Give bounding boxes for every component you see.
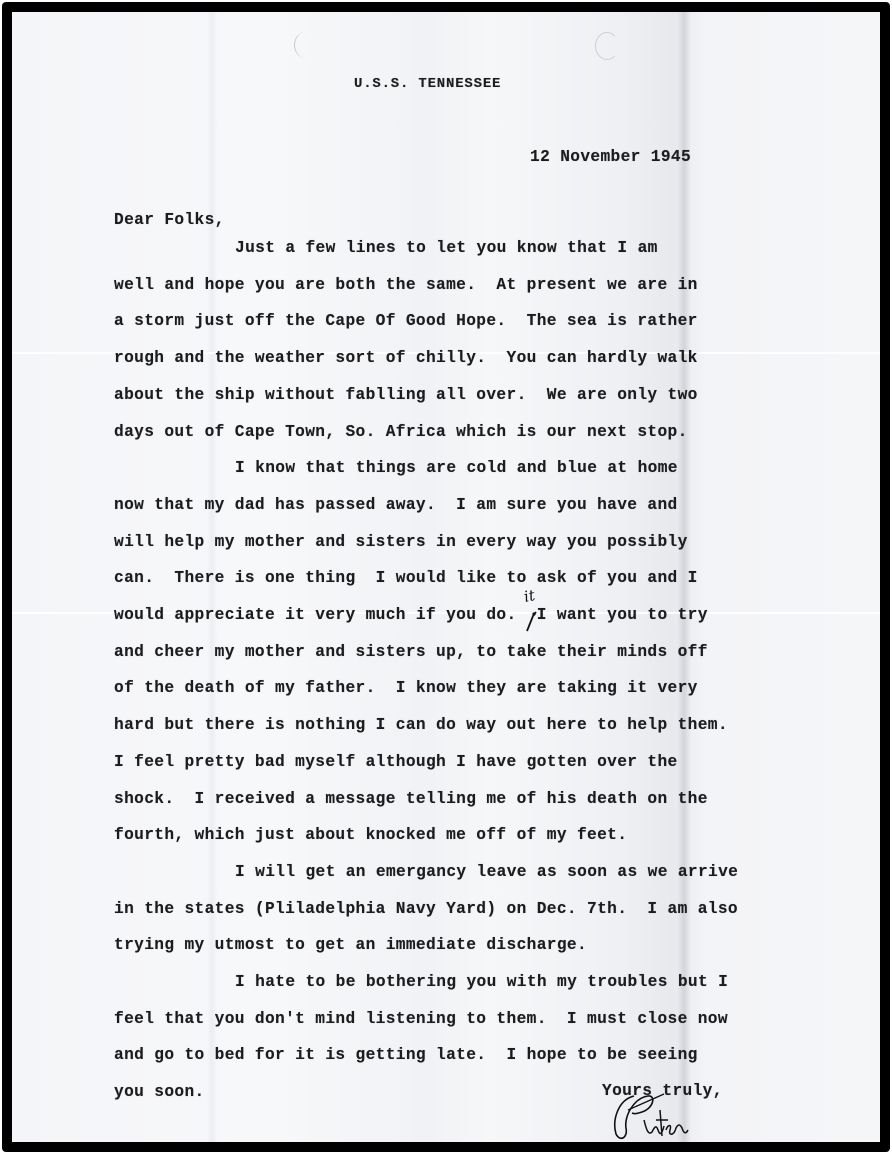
letter-line: about the ship without fablling all over…: [114, 386, 698, 404]
letter-line: shock. I received a message telling me o…: [114, 790, 708, 808]
letter-line: fourth, which just about knocked me off …: [114, 826, 627, 844]
signature-icon: [604, 1090, 694, 1142]
letter-line: Just a few lines to let you know that I …: [235, 239, 658, 257]
letter-line: and cheer my mother and sisters up, to t…: [114, 643, 708, 661]
salutation: Dear Folks,: [114, 211, 225, 229]
letter-line: hard but there is nothing I can do way o…: [114, 716, 728, 734]
letter-line: feel that you don't mind listening to th…: [114, 1010, 728, 1028]
insertion-caret-icon: [525, 610, 539, 632]
letter-date: 12 November 1945: [530, 148, 691, 166]
punch-hole-icon: [294, 32, 317, 58]
handwritten-insertion: it: [522, 586, 536, 606]
letter-line: days out of Cape Town, So. Africa which …: [114, 423, 688, 441]
letter-line: will help my mother and sisters in every…: [114, 533, 688, 551]
letter-page: U.S.S. TENNESSEE 12 November 1945 Dear F…: [12, 12, 880, 1142]
letter-line: would appreciate it very much if you do.…: [114, 606, 708, 624]
letterhead: U.S.S. TENNESSEE: [354, 76, 501, 92]
letter-line: I will get an emergancy leave as soon as…: [235, 863, 738, 881]
punch-hole-icon: [595, 32, 619, 60]
letter-line: of the death of my father. I know they a…: [114, 679, 698, 697]
letter-line: I hate to be bothering you with my troub…: [235, 973, 728, 991]
document-frame: U.S.S. TENNESSEE 12 November 1945 Dear F…: [2, 2, 890, 1152]
letter-line: I feel pretty bad myself although I have…: [114, 753, 678, 771]
letter-line: a storm just off the Cape Of Good Hope. …: [114, 312, 698, 330]
letter-line: rough and the weather sort of chilly. Yo…: [114, 349, 698, 367]
letter-line: well and hope you are both the same. At …: [114, 276, 698, 294]
letter-line: can. There is one thing I would like to …: [114, 569, 698, 587]
letter-line: you soon.: [114, 1083, 205, 1101]
letter-line: and go to bed for it is getting late. I …: [114, 1046, 698, 1064]
letter-line: trying my utmost to get an immediate dis…: [114, 936, 587, 954]
letter-line: in the states (Pliladelphia Navy Yard) o…: [114, 900, 738, 918]
letter-line: now that my dad has passed away. I am su…: [114, 496, 678, 514]
letter-line: I know that things are cold and blue at …: [235, 459, 678, 477]
